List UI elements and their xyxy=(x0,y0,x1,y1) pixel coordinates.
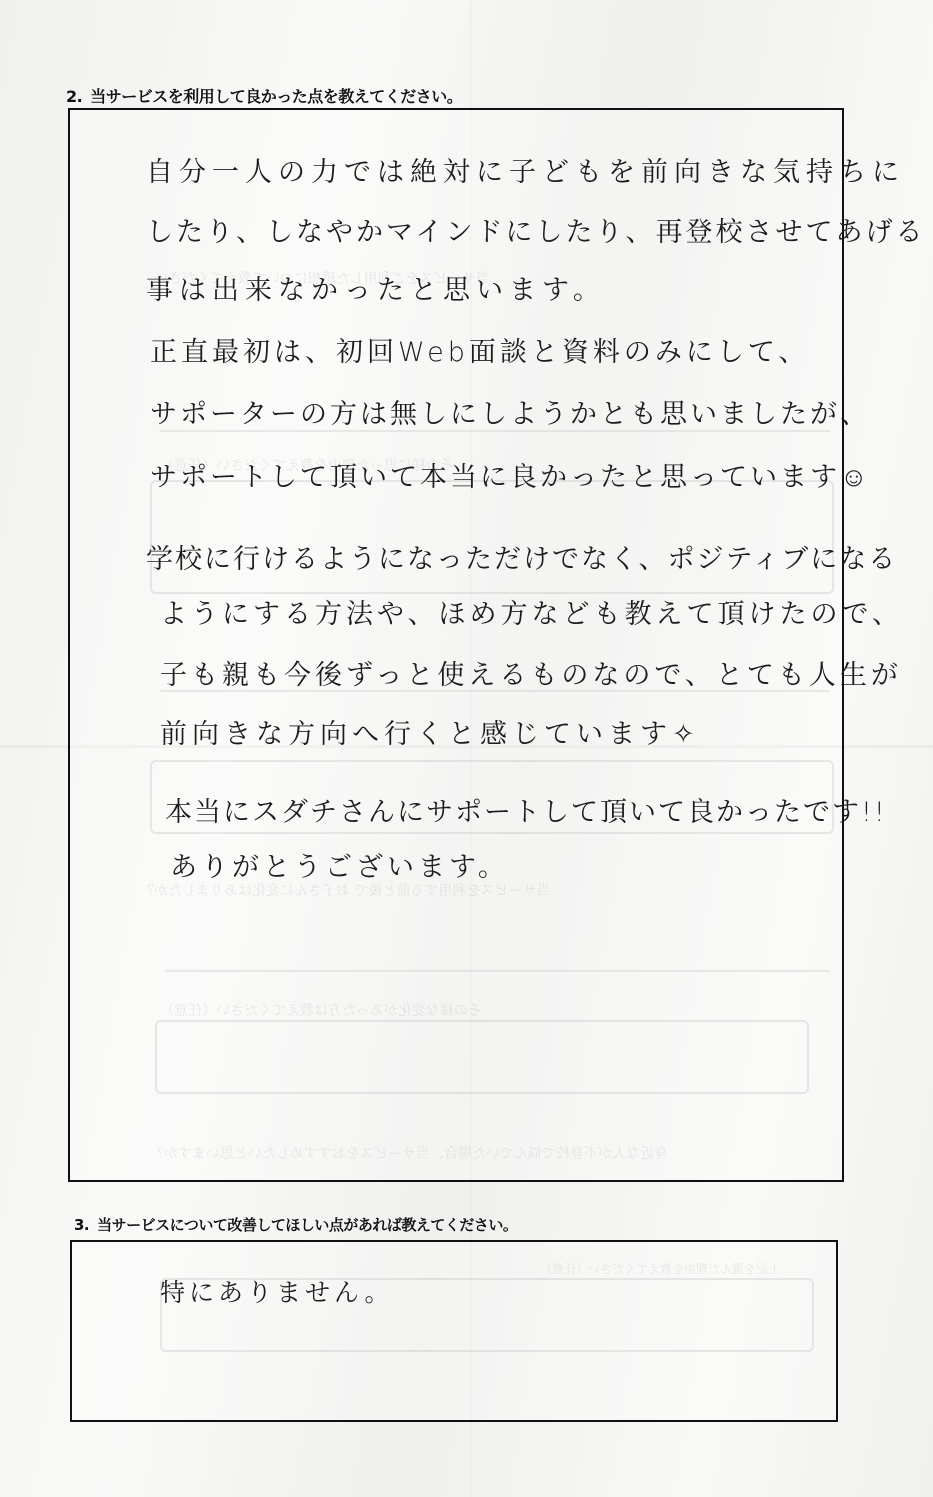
answer-2-line: 本当にスダチさんにサポートして頂いて良かったです!! xyxy=(165,790,887,829)
answer-2-line: 正直最初は、初回Web面談と資料のみにして、 xyxy=(150,330,809,369)
question-2-heading: 2.当サービスを利用して良かった点を教えてください。 xyxy=(66,84,462,107)
answer-2-line: 前向きな方向へ行くと感じています✧ xyxy=(160,712,700,751)
answer-2-line: ありがとうございます。 xyxy=(170,845,509,884)
answer-2-line: サポーターの方は無しにしようかとも思いましたが、 xyxy=(150,392,870,431)
question-number: 2. xyxy=(66,87,82,106)
question-text: 当サービスについて改善してほしい点があれば教えてください。 xyxy=(97,1216,517,1234)
answer-2-line: サポートして頂いて本当に良かったと思っています☺ xyxy=(150,455,871,494)
answer-2-line: 事は出来なかったと思います。 xyxy=(146,268,606,307)
answer-box-3 xyxy=(70,1240,838,1422)
question-3-heading: 3.当サービスについて改善してほしい点があれば教えてください。 xyxy=(74,1214,517,1235)
question-text: 当サービスを利用して良かった点を教えてください。 xyxy=(90,87,462,106)
answer-2-line: 子も親も今後ずっと使えるものなので、とても人生が xyxy=(160,653,902,692)
scanned-paper: 当サービスをご利用した感想について教えてください。 その様に思った理由を教えてく… xyxy=(0,0,933,1497)
answer-2-line: したり、しなやかマインドにしたり、再登校させてあげる xyxy=(146,210,925,249)
answer-2-line: 自分一人の力では絶対に子どもを前向きな気持ちに xyxy=(146,150,905,189)
answer-3-line: 特にありません。 xyxy=(160,1273,394,1309)
answer-2-line: 学校に行けるようになっただけでなく、ポジティブになる xyxy=(146,537,897,576)
answer-2-line: ようにする方法や、ほめ方なども教えて頂けたので、 xyxy=(160,592,903,631)
question-number: 3. xyxy=(74,1216,89,1234)
